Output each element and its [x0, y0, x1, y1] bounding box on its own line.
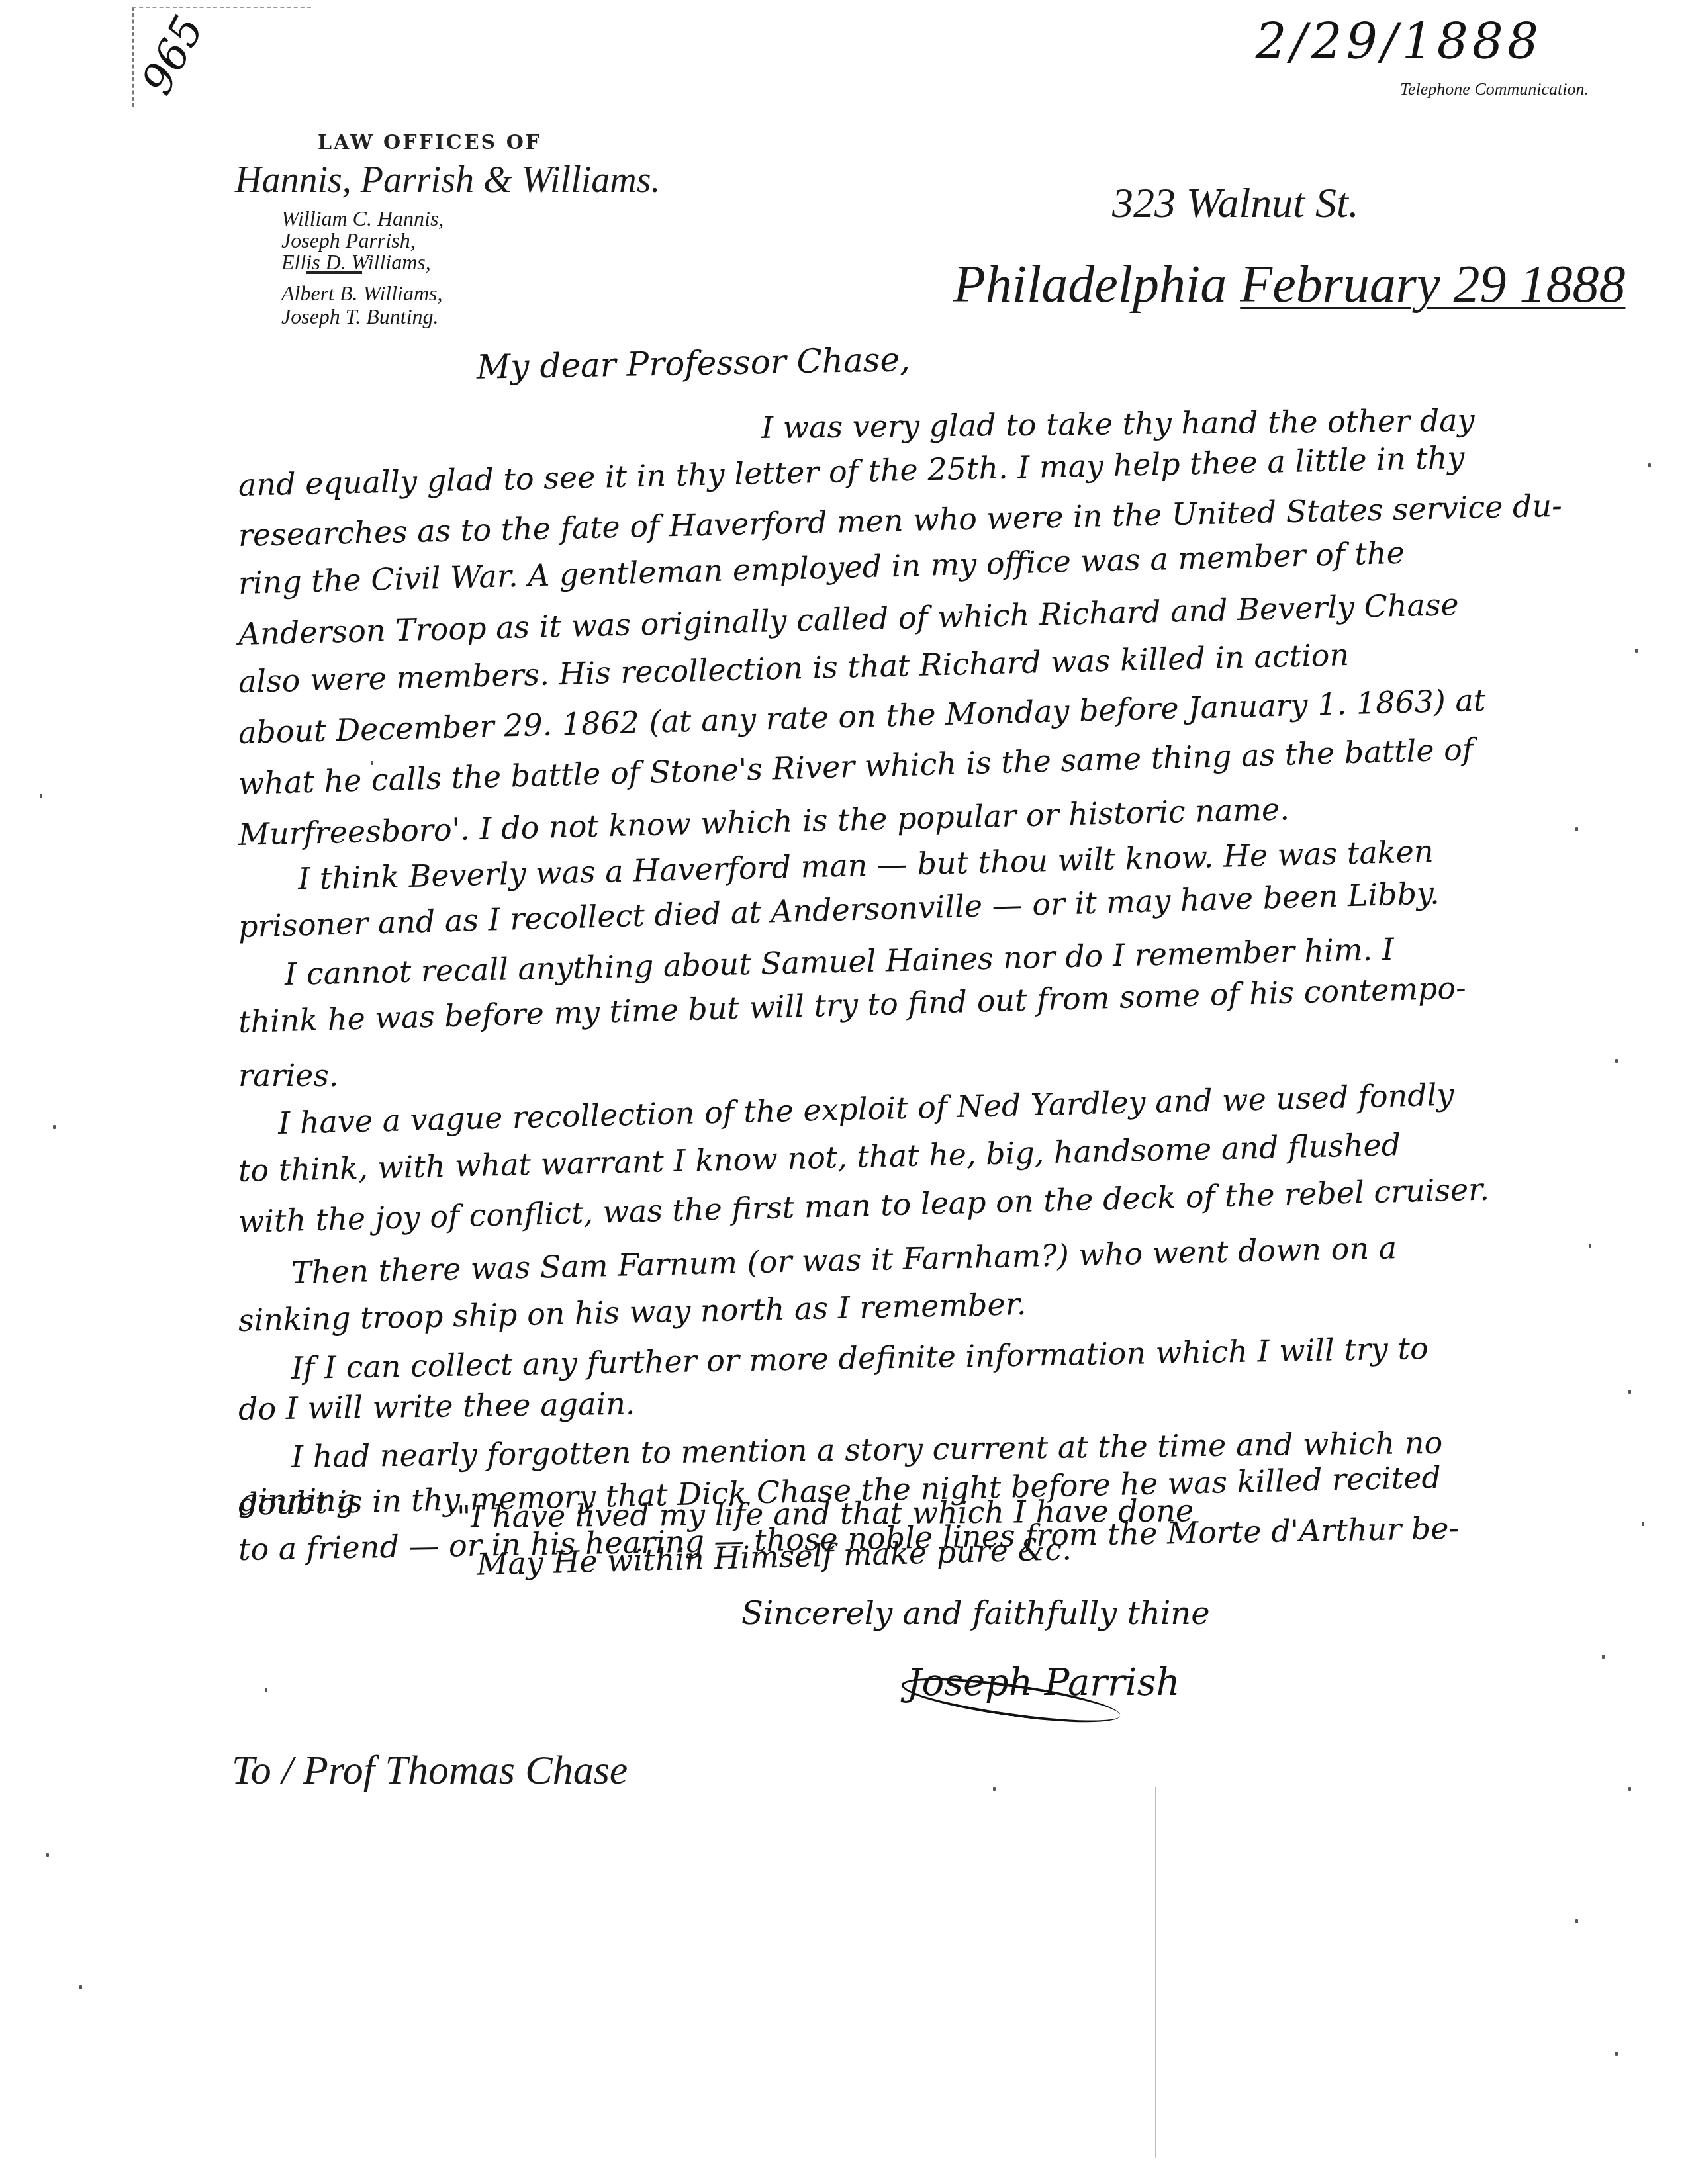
letter-line: sinking troop ship on his way north as I… [238, 1286, 1026, 1338]
firm-name: Hannis, Parrish & Williams. [235, 159, 661, 201]
scan-speck [79, 1985, 82, 1989]
date-stamp: 2/29/1888 [1256, 13, 1542, 70]
partner-name: William C. Hannis, [281, 206, 444, 231]
letter-line: and equally glad to see it in thy letter… [238, 439, 1464, 503]
letter-page: 965 2/29/1888 Telephone Communication. L… [0, 0, 1688, 2184]
addressee: To / Prof Thomas Chase [232, 1747, 628, 1794]
partner-name: Joseph Parrish, [281, 228, 416, 253]
street-address: 323 Walnut St. [1112, 179, 1359, 228]
signature: Joseph Parrish [907, 1661, 1180, 1704]
fold-line [1155, 1787, 1156, 2158]
letter-date: February 29 1888 [1240, 255, 1625, 314]
scan-speck [1628, 1390, 1631, 1394]
scan-speck [1615, 2052, 1618, 2056]
scan-speck [1258, 199, 1260, 203]
scan-speck [1628, 1787, 1631, 1791]
scan-speck [1642, 1522, 1644, 1526]
letter-line: ginning [238, 1482, 355, 1518]
scan-speck [1635, 649, 1638, 653]
letter-line: Then there was Sam Farnum (or was it Far… [291, 1230, 1397, 1291]
scan-speck [53, 1125, 56, 1129]
scan-speck [1615, 1059, 1618, 1063]
scan-speck [46, 1853, 49, 1857]
scan-speck [1589, 1244, 1591, 1248]
scan-speck [1575, 827, 1578, 831]
letter-line: If I can collect any further or more def… [291, 1330, 1429, 1386]
place-and-date: Philadelphia February 29 1888 [953, 255, 1625, 315]
scan-speck [371, 761, 373, 765]
city: Philadelphia [953, 255, 1227, 314]
fold-line [573, 1787, 573, 2158]
greeting: My dear Professor Chase, [477, 340, 911, 386]
associate-name: Joseph T. Bunting. [281, 304, 439, 329]
associate-name: Albert B. Williams, [281, 281, 443, 306]
scan-speck [1602, 1655, 1605, 1659]
letter-line: raries. [238, 1058, 339, 1093]
telephone-note: Telephone Communication. [1400, 79, 1589, 99]
scan-speck [993, 1787, 996, 1791]
quotation-line: "I have lived my life and that which I h… [457, 1492, 1194, 1535]
scan-speck [1648, 463, 1651, 467]
letterhead-divider [306, 271, 362, 274]
law-offices-label: LAW OFFICES OF [318, 131, 541, 154]
scan-speck [1575, 1919, 1578, 1923]
scan-speck [265, 1688, 267, 1692]
letter-line: do I will write thee again. [238, 1386, 635, 1427]
letter-line: I was very glad to take thy hand the oth… [761, 402, 1475, 445]
scan-speck [40, 794, 42, 798]
closing: Sincerely and faithfully thine [741, 1595, 1210, 1632]
